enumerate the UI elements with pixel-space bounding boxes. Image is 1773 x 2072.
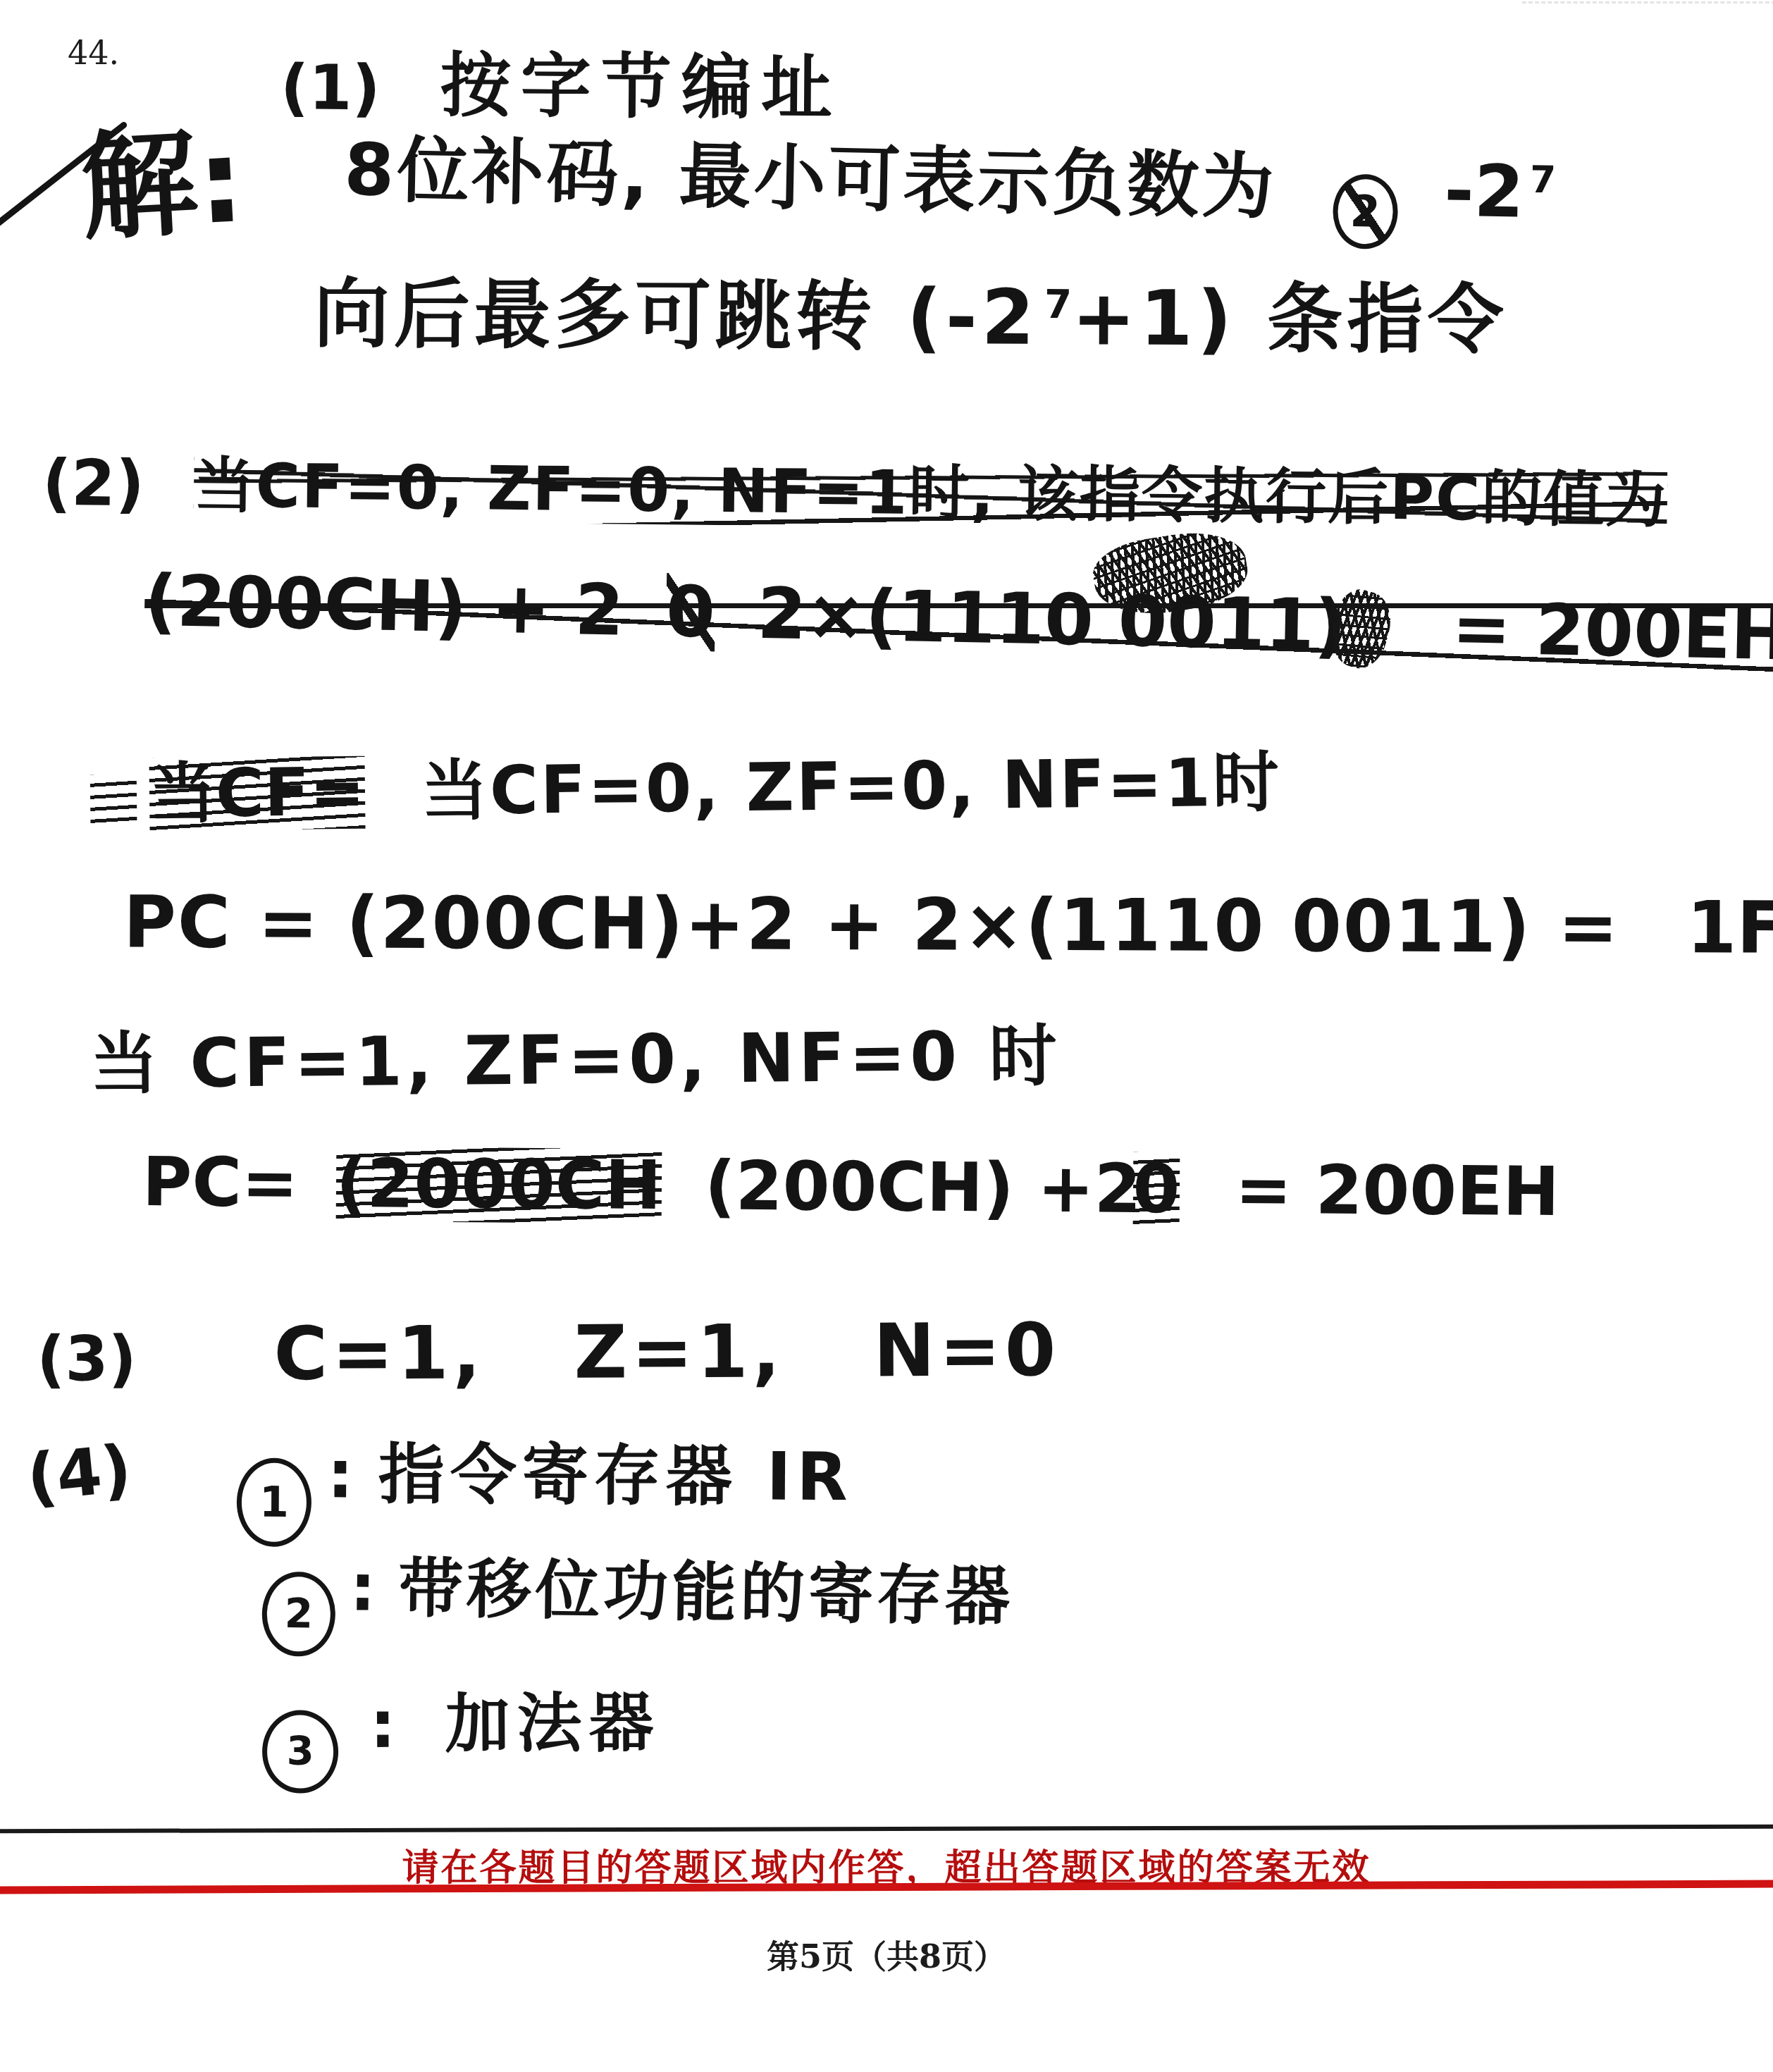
- part2-condition2-line: 当 CF=1, ZF=0, NF=0 时: [90, 1019, 1061, 1102]
- part2-pc1-line: PC = (200CH)+2 + 2×(1110 0011) =1FD2H: [123, 883, 1773, 968]
- circled-1: 1: [237, 1457, 312, 1547]
- circled-2: 2: [261, 1571, 336, 1656]
- part3-line: (3)C=1, Z=1, N=0: [37, 1309, 1061, 1395]
- item1-text: 指令寄存器 IR: [378, 1437, 854, 1517]
- jump-range-pre: 向后最多可跳转 (-2: [314, 271, 1039, 362]
- pc2-result: = 200EH: [1235, 1150, 1559, 1231]
- page-number: 第5页（共8页）: [0, 1931, 1773, 1978]
- part2-pc2-line: PC= (2000CH (200CH) +20 = 200EH: [142, 1145, 1560, 1230]
- pc1-expression: PC = (200CH)+2 + 2×(1110 0011) =: [123, 880, 1620, 969]
- circled-1-digit: 1: [259, 1479, 289, 1526]
- item3-colon: :: [369, 1687, 396, 1763]
- item2-text: 带移位功能的寄存器: [397, 1550, 1013, 1634]
- min-negative-value: -2: [1443, 149, 1525, 234]
- part1-heading-text: 按字节编址: [440, 44, 842, 130]
- part4-item2-line: 2:带移位功能的寄存器: [261, 1551, 1014, 1667]
- struck-formula: (200CH) + 2 0 2×(1110 0011) = 200EH: [144, 562, 1773, 677]
- circled-2-digit: 2: [284, 1591, 313, 1636]
- min-negative-text: 8位补码, 最小可表示负数为: [343, 128, 1277, 230]
- part1-number: (1): [280, 51, 381, 124]
- min-negative-exponent: 7: [1529, 158, 1556, 202]
- struck-formula-a: (200CH) + 2: [144, 560, 625, 652]
- part2-number: (2): [42, 446, 145, 522]
- scratched-digit: 2: [1349, 187, 1380, 236]
- part2-condition1-line: 当CF=当CF=0, ZF=0, NF=1时: [90, 746, 1282, 832]
- part4-item1-line: (4)1:指令寄存器 IR: [27, 1437, 854, 1550]
- struck-condition-text: 当CF=0, ZF=0, NF=1时, 该指令执行后PC的值为: [193, 452, 1667, 534]
- condition1-text: 当CF=0, ZF=0, NF=1时: [421, 744, 1281, 830]
- part4-number: (4): [23, 1433, 134, 1514]
- item1-colon: :: [327, 1436, 354, 1513]
- problem-number: 44.: [68, 34, 119, 72]
- part1-min-negative-line: 8位补码, 最小可表示负数为 2 -27: [343, 131, 1557, 253]
- pc1-result: 1FD2H: [1686, 886, 1773, 970]
- struck-fragment: 当CF=: [149, 756, 366, 832]
- scan-artifact-dashes: [1522, 1, 1773, 4]
- part3-number: (3): [37, 1322, 137, 1395]
- part3-answer: C=1, Z=1, N=0: [273, 1307, 1060, 1397]
- part2-struck-formula-line: (200CH) + 2 0 2×(1110 0011) = 200EH: [144, 562, 1773, 677]
- scanned-answer-sheet-page: { "doc": { "problem_number": "44.", "sol…: [0, 0, 1773, 2072]
- solution-label: 解:: [78, 117, 247, 253]
- scratched-circled-digit: 2: [1332, 174, 1398, 250]
- item2-colon: :: [350, 1550, 376, 1626]
- pc2-struck-value: (2000CH: [335, 1147, 662, 1223]
- jump-range-exponent: 7: [1044, 282, 1072, 328]
- circled-3-digit: 3: [286, 1729, 314, 1773]
- circled-3: 3: [262, 1710, 339, 1794]
- part1-jump-range-line: 向后最多可跳转 (-27+1) 条指令: [314, 273, 1508, 364]
- pc2-expression: (200CH) +2: [705, 1147, 1142, 1228]
- footer-black-rule: [0, 1825, 1773, 1834]
- part4-item3-line: 3:加法器: [261, 1687, 661, 1794]
- jump-range-post: +1) 条指令: [1072, 274, 1508, 364]
- lead-scratch-mark: [90, 775, 137, 825]
- part2-line-struck-condition: (2)当CF=0, ZF=0, NF=1时, 该指令执行后PC的值为: [42, 448, 1668, 535]
- item3-text: 加法器: [445, 1685, 661, 1762]
- struck-formula-b: 2×(1110 0011): [756, 572, 1347, 667]
- struck-formula-result: = 200EH: [1451, 586, 1773, 676]
- part1-heading-line: (1)按字节编址: [280, 46, 842, 128]
- struck-formula-slashed-zero: 0: [665, 573, 716, 651]
- pc2-lhs: PC=: [142, 1142, 299, 1223]
- pc2-struck-zero: 0: [1132, 1152, 1180, 1227]
